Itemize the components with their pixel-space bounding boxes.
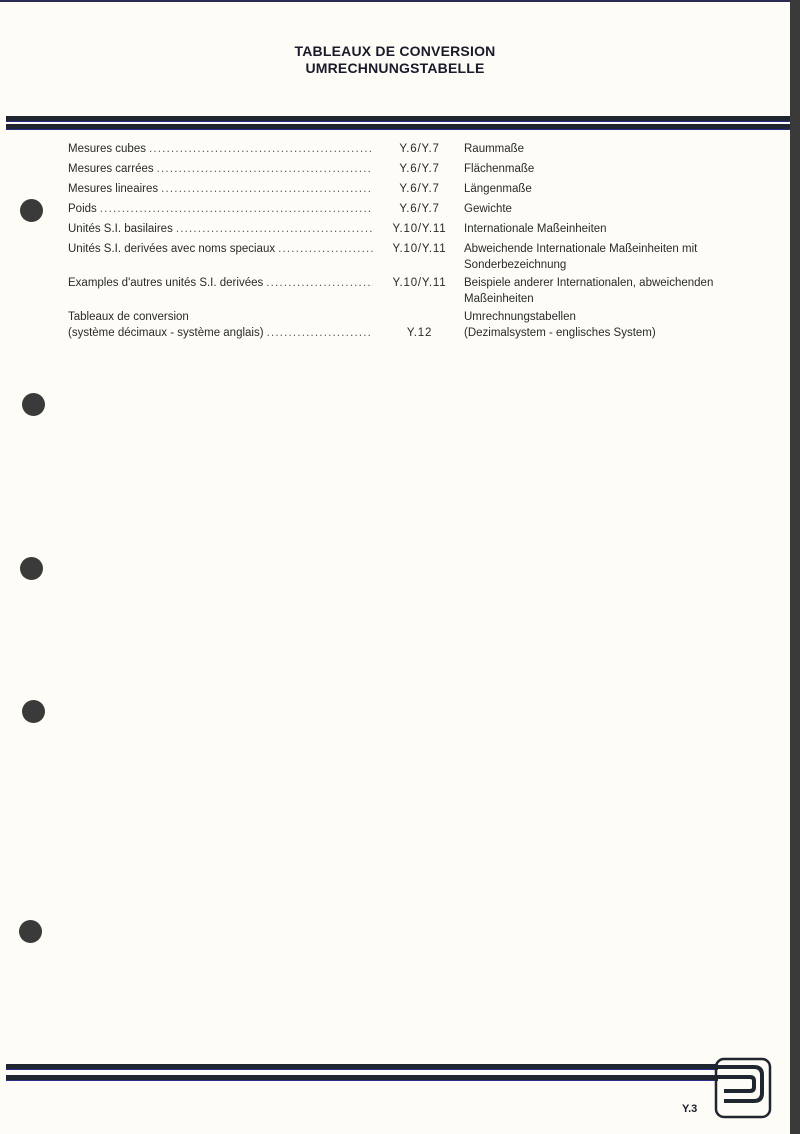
dot-leader xyxy=(100,201,373,217)
dot-leader xyxy=(278,241,373,257)
punch-hole xyxy=(20,199,43,222)
toc-french-text: Poids xyxy=(68,201,100,217)
punch-hole xyxy=(19,920,42,943)
toc-french-entry: Tableaux de conversion(système décimaux … xyxy=(68,309,373,341)
toc-german-entry: Internationale Maßeinheiten xyxy=(462,221,764,237)
table-of-contents: Mesures cubesY.6/Y.7RaummaßeMesures carr… xyxy=(68,141,768,341)
toc-french-entry: Mesures carrées xyxy=(68,161,373,177)
toc-page-reference: Y.10/Y.11 xyxy=(373,275,462,291)
header-rule-top xyxy=(6,116,790,122)
header-rule-bottom xyxy=(6,124,790,130)
toc-row: Unités S.I. basilairesY.10/Y.11Internati… xyxy=(68,221,768,237)
toc-row: Mesures carréesY.6/Y.7Flächenmaße xyxy=(68,161,768,177)
toc-german-text: Maßeinheiten xyxy=(464,291,764,307)
toc-german-entry: Gewichte xyxy=(462,201,764,217)
toc-german-text: Sonderbezeichnung xyxy=(464,257,764,273)
toc-german-text: Abweichende Internationale Maßeinheiten … xyxy=(464,241,764,257)
toc-row: PoidsY.6/Y.7Gewichte xyxy=(68,201,768,217)
toc-row: Examples d'autres unités S.I. derivéesY.… xyxy=(68,275,768,307)
title-german: UMRECHNUNGSTABELLE xyxy=(0,60,790,77)
toc-german-entry: Beispiele anderer Internationalen, abwei… xyxy=(462,275,764,307)
toc-french-entry: Unités S.I. derivées avec noms speciaux xyxy=(68,241,373,273)
toc-german-entry: Abweichende Internationale Maßeinheiten … xyxy=(462,241,764,273)
page-top-edge xyxy=(0,0,800,2)
toc-french-text: Mesures lineaires xyxy=(68,181,161,197)
dot-leader xyxy=(176,221,373,237)
toc-german-entry: Raummaße xyxy=(462,141,764,157)
toc-row: Unités S.I. derivées avec noms speciauxY… xyxy=(68,241,768,273)
punch-hole xyxy=(22,700,45,723)
toc-german-text: Flächenmaße xyxy=(464,161,764,177)
footer-rule-bottom xyxy=(6,1075,718,1081)
toc-french-entry: Mesures lineaires xyxy=(68,181,373,197)
punch-hole xyxy=(20,557,43,580)
toc-french-entry: Poids xyxy=(68,201,373,217)
toc-page-reference: Y.6/Y.7 xyxy=(373,161,462,177)
toc-page-reference: Y.12 xyxy=(373,325,462,341)
dot-leader xyxy=(266,275,373,291)
toc-page-reference: Y.6/Y.7 xyxy=(373,181,462,197)
dot-leader xyxy=(267,325,373,341)
toc-german-entry: Flächenmaße xyxy=(462,161,764,177)
toc-german-entry: Umrechnungstabellen(Dezimalsystem - engl… xyxy=(462,309,764,341)
toc-french-entry: Unités S.I. basilaires xyxy=(68,221,373,237)
toc-german-text: Internationale Maßeinheiten xyxy=(464,221,764,237)
publisher-logo-icon xyxy=(714,1057,772,1119)
toc-german-text: (Dezimalsystem - englisches System) xyxy=(464,325,764,341)
toc-page-reference: Y.6/Y.7 xyxy=(373,201,462,217)
toc-french-text: Unités S.I. derivées avec noms speciaux xyxy=(68,241,278,257)
toc-french-entry: Mesures cubes xyxy=(68,141,373,157)
page-right-edge xyxy=(790,0,800,1134)
title-french: TABLEAUX DE CONVERSION xyxy=(0,43,790,60)
toc-german-entry: Längenmaße xyxy=(462,181,764,197)
toc-german-text: Beispiele anderer Internationalen, abwei… xyxy=(464,275,764,291)
toc-french-entry: Examples d'autres unités S.I. derivées xyxy=(68,275,373,307)
toc-german-text: Raummaße xyxy=(464,141,764,157)
footer-rule-top xyxy=(6,1064,718,1070)
toc-french-text: Tableaux de conversion xyxy=(68,309,192,325)
toc-french-text: Mesures carrées xyxy=(68,161,157,177)
toc-page-reference: Y.10/Y.11 xyxy=(373,221,462,237)
dot-leader xyxy=(161,181,373,197)
toc-french-text: Unités S.I. basilaires xyxy=(68,221,176,237)
toc-french-text: (système décimaux - système anglais) xyxy=(68,325,267,341)
dot-leader xyxy=(157,161,373,177)
page-number: Y.3 xyxy=(682,1103,697,1115)
punch-hole xyxy=(22,393,45,416)
dot-leader xyxy=(149,141,373,157)
toc-german-text: Gewichte xyxy=(464,201,764,217)
toc-french-text: Examples d'autres unités S.I. derivées xyxy=(68,275,266,291)
toc-german-text: Längenmaße xyxy=(464,181,764,197)
toc-page-reference: Y.6/Y.7 xyxy=(373,141,462,157)
toc-row: Mesures cubesY.6/Y.7Raummaße xyxy=(68,141,768,157)
toc-page-reference: Y.10/Y.11 xyxy=(373,241,462,257)
toc-german-text: Umrechnungstabellen xyxy=(464,309,764,325)
toc-row: Mesures lineairesY.6/Y.7Längenmaße xyxy=(68,181,768,197)
toc-row: Tableaux de conversion(système décimaux … xyxy=(68,309,768,341)
toc-french-text: Mesures cubes xyxy=(68,141,149,157)
page-title: TABLEAUX DE CONVERSION UMRECHNUNGSTABELL… xyxy=(0,43,790,77)
